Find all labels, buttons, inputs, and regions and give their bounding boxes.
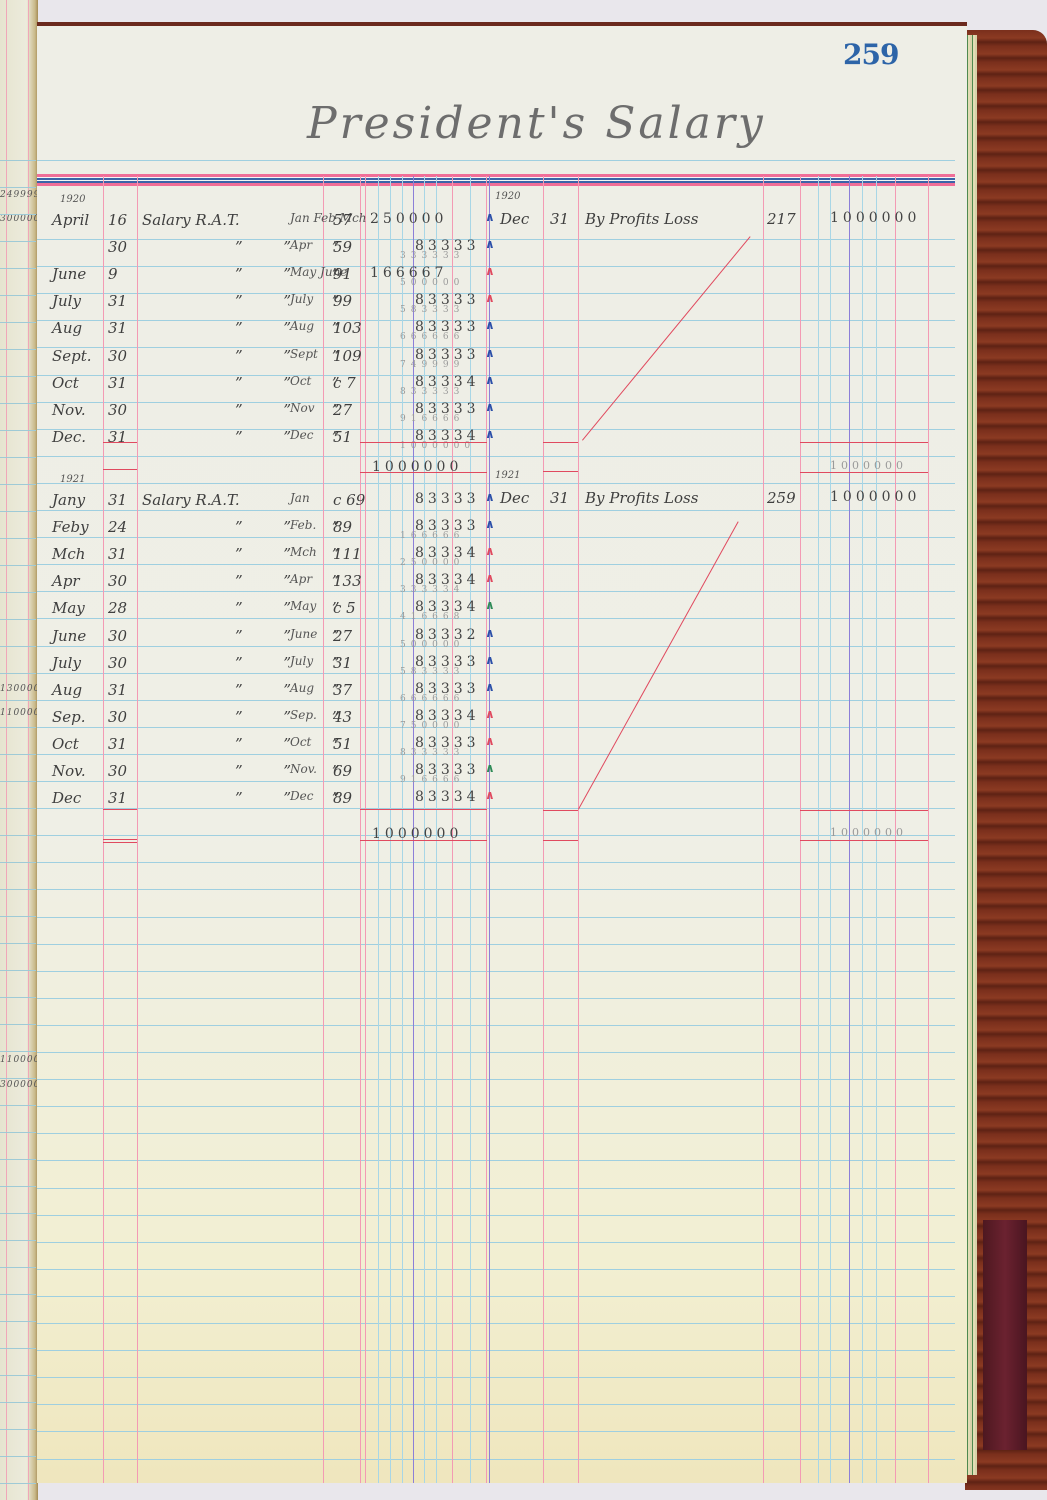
- left-page-fragment: 110000: [0, 708, 40, 718]
- column-rule: [137, 176, 138, 1483]
- column-rule: [470, 176, 471, 1483]
- credit-amount: 1000000: [830, 489, 920, 505]
- binding-corner: [983, 1220, 1027, 1450]
- left-page-ruling: [0, 268, 36, 269]
- entry-period: Jan: [290, 491, 310, 505]
- check-mark-icon: ∧: [485, 707, 495, 721]
- entry-day: 30: [108, 401, 127, 419]
- running-total-pencil: 333334: [400, 585, 464, 595]
- check-mark-icon: ∧: [485, 490, 495, 504]
- entry-folio: 27: [333, 401, 352, 419]
- entry-day: 24: [108, 518, 127, 536]
- left-page-ruling: [0, 781, 36, 782]
- left-page-ruling: [0, 808, 36, 809]
- check-mark-icon: ∧: [485, 788, 495, 802]
- entry-folio: 133: [333, 572, 362, 590]
- entry-month: Feby: [52, 518, 89, 536]
- check-mark-icon: ∧: [485, 598, 495, 612]
- entry-folio: 37: [333, 681, 352, 699]
- entry-day: 31: [108, 681, 127, 699]
- credit-folio: 259: [767, 489, 796, 507]
- debit-year: 1920: [60, 194, 85, 205]
- entry-month: Nov.: [52, 762, 86, 780]
- left-page-fragment: 300000: [0, 1080, 40, 1090]
- left-page-rule: [28, 0, 29, 1500]
- entry-amount: 83334: [415, 789, 480, 805]
- entry-period: Dec: [290, 428, 313, 442]
- left-page-ruling: [0, 1105, 36, 1106]
- entry-folio: 51: [333, 428, 352, 446]
- left-page-ruling: [0, 1456, 36, 1457]
- entry-period: Mch: [290, 545, 317, 559]
- check-mark-icon: ∧: [485, 373, 495, 387]
- left-page-ruling: [0, 619, 36, 620]
- left-page-ruling: [0, 1159, 36, 1160]
- entry-folio: c 5: [333, 599, 356, 617]
- book-binding: [965, 30, 1047, 1490]
- left-page-ruling: [0, 1483, 36, 1484]
- left-page-fragment: 110000: [0, 1055, 40, 1065]
- left-page-ruling: [0, 1213, 36, 1214]
- entry-day: 30: [108, 238, 127, 256]
- check-mark-icon: ∧: [485, 210, 495, 224]
- ledger-page: 259 President's Salary 1920April16Salary…: [37, 22, 967, 1483]
- subtotal-rule: [360, 809, 487, 810]
- credit-total-1921: 1000000: [830, 826, 907, 839]
- check-mark-icon: ∧: [485, 237, 495, 251]
- entry-period: Aug: [290, 681, 314, 695]
- left-page-ruling: [0, 1267, 36, 1268]
- entry-month: June: [52, 627, 86, 645]
- column-rule: [543, 176, 544, 1483]
- entry-day: 30: [108, 708, 127, 726]
- entry-folio: 111: [333, 545, 362, 563]
- entry-day: 30: [108, 762, 127, 780]
- entry-month: Oct: [52, 735, 79, 753]
- left-page-ruling: [0, 295, 36, 296]
- left-page-ruling: [0, 592, 36, 593]
- entry-month: Dec: [52, 789, 81, 807]
- credit-folio: 217: [767, 210, 796, 228]
- column-rule: [578, 176, 579, 1483]
- entry-folio: 43: [333, 708, 352, 726]
- left-page-ruling: [0, 997, 36, 998]
- entry-period: May: [290, 599, 316, 613]
- entry-month: July: [52, 654, 81, 672]
- left-page-ruling: [0, 1024, 36, 1025]
- entry-folio: 57: [333, 211, 352, 229]
- running-total-pencil: 833333: [400, 748, 464, 758]
- entry-period: Oct: [290, 374, 311, 388]
- running-total-pencil: 500000: [400, 278, 464, 288]
- left-page-ruling: [0, 1402, 36, 1403]
- entry-month: Mch: [52, 545, 85, 563]
- entry-month: Jany: [52, 491, 85, 509]
- total-rule: [800, 472, 928, 473]
- entry-period: July: [290, 292, 313, 306]
- column-rule: [818, 176, 819, 1483]
- credit-month: Dec: [500, 489, 529, 507]
- column-rule: [365, 176, 366, 1483]
- running-total-pencil: 500000: [400, 640, 464, 650]
- left-page-ruling: [0, 1375, 36, 1376]
- column-rule: [928, 176, 929, 1483]
- entry-folio: 31: [333, 654, 352, 672]
- running-total-pencil: 416668: [400, 612, 464, 622]
- date-rule: [103, 809, 137, 810]
- subtotal-rule: [360, 442, 487, 443]
- entry-day: 31: [108, 374, 127, 392]
- entry-particulars: Salary R.A.T.: [142, 211, 240, 229]
- credit-total-1920: 1000000: [830, 459, 907, 472]
- left-page-ruling: [0, 214, 36, 215]
- entry-folio: 51: [333, 735, 352, 753]
- credit-year: 1921: [495, 470, 520, 481]
- entry-month: Oct: [52, 374, 79, 392]
- check-mark-icon: ∧: [485, 291, 495, 305]
- entry-folio: 59: [333, 238, 352, 256]
- left-page-ruling: [0, 1321, 36, 1322]
- left-page-ruling: [0, 1294, 36, 1295]
- running-total-pencil: 583333: [400, 667, 464, 677]
- entry-period: June: [290, 627, 317, 641]
- entry-day: 31: [108, 491, 127, 509]
- date-rule: [103, 842, 137, 843]
- entry-month: Apr: [52, 572, 80, 590]
- entry-day: 30: [108, 654, 127, 672]
- check-mark-icon: ∧: [485, 264, 495, 278]
- entry-period: Apr: [290, 572, 312, 586]
- left-page-ruling: [0, 727, 36, 728]
- entry-period: Apr: [290, 238, 312, 252]
- left-page-ruling: [0, 889, 36, 890]
- entry-day: 31: [108, 428, 127, 446]
- column-rule: [360, 176, 361, 1483]
- credit-year: 1920: [495, 191, 520, 202]
- left-page-ruling: [0, 943, 36, 944]
- entry-day: 30: [108, 572, 127, 590]
- check-mark-icon: ∧: [485, 571, 495, 585]
- entry-amount: 250000: [370, 211, 447, 227]
- entry-day: 16: [108, 211, 127, 229]
- check-mark-icon: ∧: [485, 427, 495, 441]
- running-total-pencil: 916666: [400, 414, 464, 424]
- credit-particulars: By Profits Loss: [585, 210, 698, 228]
- running-total-pencil: 749999: [400, 360, 464, 370]
- check-mark-icon: ∧: [485, 680, 495, 694]
- column-rule: [763, 176, 764, 1483]
- entry-month: Nov.: [52, 401, 86, 419]
- check-mark-icon: ∧: [485, 626, 495, 640]
- entry-folio: c 7: [333, 374, 356, 392]
- check-mark-icon: ∧: [485, 400, 495, 414]
- entry-day: 30: [108, 347, 127, 365]
- left-page-ruling: [0, 484, 36, 485]
- check-mark-icon: ∧: [485, 517, 495, 531]
- date-rule: [543, 840, 578, 841]
- running-total-pencil: 750000: [400, 721, 464, 731]
- left-page-ruling: [0, 754, 36, 755]
- left-page-fragment: 249999: [0, 190, 40, 200]
- entry-period: July: [290, 654, 313, 668]
- total-rule: [800, 840, 928, 841]
- entry-folio: 103: [333, 319, 362, 337]
- entry-folio: 99: [333, 292, 352, 310]
- entry-day: 31: [108, 319, 127, 337]
- subtotal-rule: [800, 810, 928, 811]
- entry-month: Aug: [52, 681, 82, 699]
- left-page-fragment: 130000: [0, 684, 40, 694]
- credit-month: Dec: [500, 210, 529, 228]
- entry-month: May: [52, 599, 85, 617]
- left-page-ruling: [0, 403, 36, 404]
- entry-month: Sep.: [52, 708, 86, 726]
- entry-period: Sep.: [290, 708, 317, 722]
- check-mark-icon: ∧: [485, 318, 495, 332]
- running-total-pencil: 166666: [400, 531, 464, 541]
- entry-particulars: Salary R.A.T.: [142, 491, 240, 509]
- total-rule: [360, 472, 487, 473]
- left-page-ruling: [0, 430, 36, 431]
- check-mark-icon: ∧: [485, 346, 495, 360]
- entry-period: Nov.: [290, 762, 317, 776]
- left-page-fragment: 300000: [0, 214, 40, 224]
- date-rule: [543, 442, 578, 443]
- date-rule: [103, 469, 137, 470]
- check-mark-icon: ∧: [485, 761, 495, 775]
- entry-period: Aug: [290, 319, 314, 333]
- entry-day: 31: [108, 292, 127, 310]
- entry-folio: 89: [333, 518, 352, 536]
- entry-month: April: [52, 211, 89, 229]
- entry-day: 28: [108, 599, 127, 617]
- running-total-pencil: 250000: [400, 558, 464, 568]
- entry-folio: 91: [333, 265, 352, 283]
- left-page-edge: 249999 300000 130000 110000 110000 30000…: [0, 0, 38, 1500]
- credit-day: 31: [550, 210, 569, 228]
- left-page-ruling: [0, 1348, 36, 1349]
- title-baseline: [37, 160, 955, 161]
- entry-month: June: [52, 265, 86, 283]
- left-page-ruling: [0, 1429, 36, 1430]
- left-page-ruling: [0, 457, 36, 458]
- entry-folio: 109: [333, 347, 362, 365]
- subtotal-rule: [800, 442, 928, 443]
- left-page-ruling: [0, 916, 36, 917]
- entry-month: Dec.: [52, 428, 86, 446]
- left-page-ruling: [0, 187, 36, 188]
- entry-amount: 83333: [415, 491, 480, 507]
- entry-folio: 69: [333, 762, 352, 780]
- entry-period: Feb.: [290, 518, 316, 532]
- entry-period: Nov: [290, 401, 315, 415]
- left-page-rule: [6, 0, 7, 1500]
- running-total-pencil: 666666: [400, 332, 464, 342]
- left-page-ruling: [0, 1240, 36, 1241]
- left-page-ruling: [0, 511, 36, 512]
- date-rule: [103, 442, 137, 443]
- date-rule: [103, 839, 137, 840]
- column-rule: [103, 176, 104, 1483]
- entry-day: 31: [108, 789, 127, 807]
- entry-folio: 27: [333, 627, 352, 645]
- entry-period: Oct: [290, 735, 311, 749]
- left-page-ruling: [0, 700, 36, 701]
- left-page-ruling: [0, 322, 36, 323]
- column-rule: [800, 176, 801, 1483]
- entry-period: Sept: [290, 347, 318, 361]
- check-mark-icon: ∧: [485, 734, 495, 748]
- left-page-ruling: [0, 1051, 36, 1052]
- entry-day: 31: [108, 735, 127, 753]
- date-rule: [543, 810, 578, 811]
- page-number: 259: [843, 38, 898, 71]
- left-page-ruling: [0, 1078, 36, 1079]
- running-total-pencil: 333333: [400, 251, 464, 261]
- left-page-ruling: [0, 1186, 36, 1187]
- left-page-ruling: [0, 862, 36, 863]
- left-page-ruling: [0, 835, 36, 836]
- total-rule: [360, 840, 487, 841]
- left-page-ruling: [0, 376, 36, 377]
- column-rule: [323, 176, 324, 1483]
- check-mark-icon: ∧: [485, 544, 495, 558]
- left-page-ruling: [0, 970, 36, 971]
- entry-day: 31: [108, 545, 127, 563]
- entry-folio: c 69: [333, 491, 365, 509]
- left-page-ruling: [0, 160, 36, 161]
- credit-amount: 1000000: [830, 210, 920, 226]
- credit-particulars: By Profits Loss: [585, 489, 698, 507]
- left-page-ruling: [0, 565, 36, 566]
- left-page-ruling: [0, 241, 36, 242]
- left-page-ruling: [0, 1132, 36, 1133]
- credit-day: 31: [550, 489, 569, 507]
- check-mark-icon: ∧: [485, 653, 495, 667]
- running-total-pencil: 666666: [400, 694, 464, 704]
- entry-period: Jan Feb Mch: [290, 211, 367, 225]
- entry-day: 30: [108, 627, 127, 645]
- left-page-ruling: [0, 673, 36, 674]
- date-rule: [543, 471, 578, 472]
- page-title: President's Salary: [307, 98, 766, 149]
- left-page-ruling: [0, 349, 36, 350]
- running-total-pencil: 916666: [400, 775, 464, 785]
- entry-folio: 89: [333, 789, 352, 807]
- entry-month: Aug: [52, 319, 82, 337]
- entry-month: July: [52, 292, 81, 310]
- debit-year: 1921: [60, 474, 85, 485]
- running-total-pencil: 833333: [400, 387, 464, 397]
- running-total-pencil: 583333: [400, 305, 464, 315]
- entry-month: Sept.: [52, 347, 92, 365]
- entry-period: Dec: [290, 789, 313, 803]
- left-page-ruling: [0, 538, 36, 539]
- left-page-ruling: [0, 646, 36, 647]
- entry-day: 9: [108, 265, 118, 283]
